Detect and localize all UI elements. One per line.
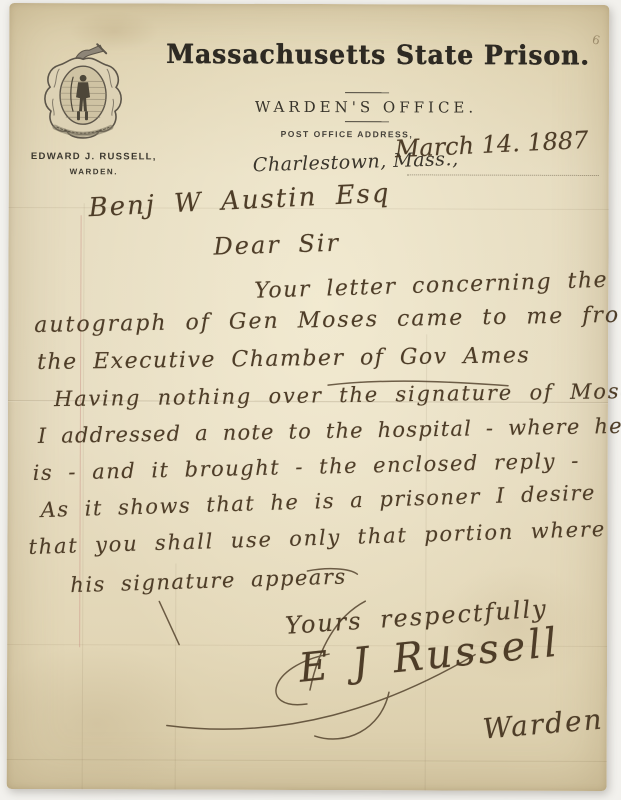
body-line: is - and it brought - the enclosed reply…	[32, 449, 580, 485]
paper-stain	[0, 643, 207, 800]
body-line: Having nothing over the signature of Mos…	[54, 379, 621, 411]
body-line: I addressed a note to the hospital - whe…	[38, 413, 621, 448]
body-line: As it shows that he is a prisoner I desi…	[40, 481, 596, 522]
fold-crease	[175, 564, 177, 790]
salutation-line: Dear Sir	[213, 229, 340, 261]
body-line: Your letter concerning the	[254, 268, 608, 304]
official-name: EDWARD J. RUSSELL,	[27, 151, 161, 162]
letterhead-title: Massachusetts State Prison.	[166, 39, 566, 71]
letterhead-office-line: WARDEN'S OFFICE.	[246, 98, 486, 117]
fold-crease	[7, 759, 607, 762]
paper-stain	[69, 11, 159, 51]
letter-page: Massachusetts State Prison. WARDEN'S OFF…	[7, 3, 610, 791]
divider-rule	[345, 92, 389, 93]
body-line: autograph of Gen Moses came to me from	[34, 302, 621, 338]
body-line: the Executive Chamber of Gov Ames	[37, 343, 530, 375]
signer-title: Warden	[481, 703, 604, 746]
body-line: his signature appears	[70, 564, 347, 597]
massachusetts-state-seal-icon	[37, 41, 129, 157]
pencil-mark: 6	[591, 32, 602, 47]
recipient-line: Benj W Austin Esq	[88, 178, 391, 223]
body-line: that you shall use only that portion whe…	[28, 517, 606, 559]
divider-rule	[345, 121, 389, 122]
official-title: WARDEN.	[27, 167, 161, 176]
